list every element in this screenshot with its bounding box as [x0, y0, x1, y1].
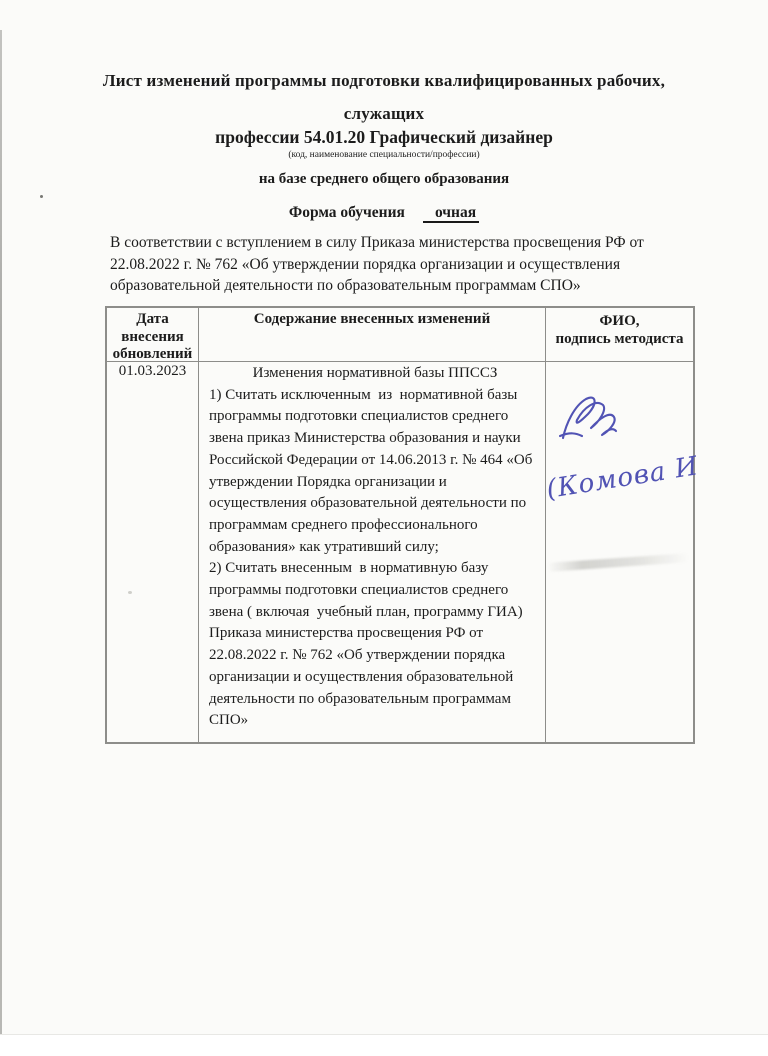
study-form-value: очная	[423, 204, 479, 223]
table-row-content: Изменения нормативной базы ППССЗ 1) Счит…	[199, 362, 546, 742]
study-form-label: Форма обучения	[289, 204, 405, 221]
profession-line: профессии 54.01.20 Графический дизайнер	[0, 127, 768, 148]
intro-paragraph: В соответствии с вступлением в силу Прик…	[110, 232, 675, 297]
scan-speck	[40, 195, 43, 198]
table-row-date: 01.03.2023	[107, 362, 199, 742]
table-row-signature: (Комова И.А.)	[546, 362, 693, 742]
study-form-line: Форма обученияочная	[0, 204, 768, 222]
handwritten-signature: (Комова И.А.)	[546, 376, 696, 536]
profession-caption: (код, наименование специальности/професс…	[0, 150, 768, 160]
table-header-date: Дата внесения обновлений	[107, 308, 199, 362]
table-header-content: Содержание внесенных изменений	[199, 308, 546, 362]
content-body: 1) Считать исключенным из нормативной ба…	[209, 385, 541, 732]
table-header-fio: ФИО, подпись методиста	[546, 308, 693, 362]
signature-name: (Комова И.А.)	[546, 443, 696, 505]
content-heading: Изменения нормативной базы ППССЗ	[209, 363, 541, 385]
signature-scribble	[560, 398, 616, 438]
education-base-line: на базе среднего общего образования	[0, 171, 768, 188]
document-title: Лист изменений программы подготовки квал…	[24, 64, 744, 130]
changes-table: Дата внесения обновлений Содержание внес…	[105, 306, 695, 744]
